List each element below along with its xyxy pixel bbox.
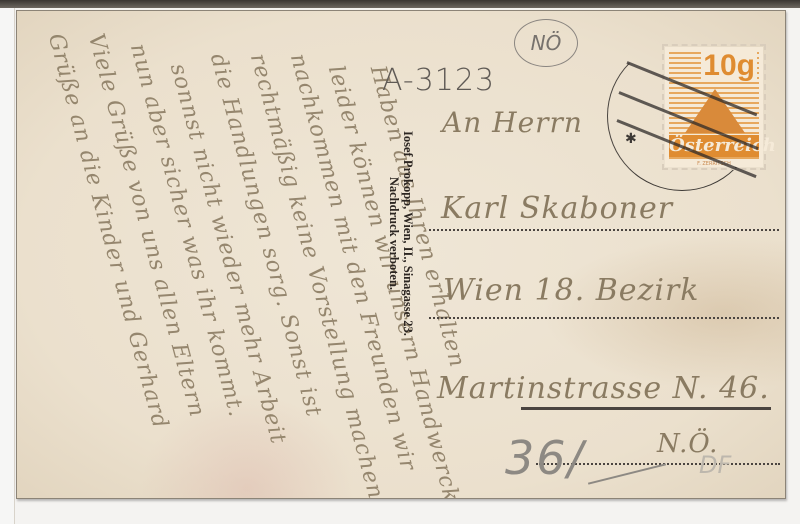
price-value: 36 [505, 431, 568, 485]
address-name: Karl Skaboner [441, 191, 673, 226]
address-street: Martinstrasse N. 46. [437, 371, 770, 406]
publisher-name: Iosef Prokopp, Wien, II., Sinagasse 23. [401, 131, 415, 336]
stamp-engraver: F. ZERRITSCH [665, 161, 763, 167]
initials-note: DF [699, 451, 731, 479]
scanner-left-edge [0, 8, 15, 524]
reference-code: A-3123 [382, 63, 495, 98]
copyright-notice: Nachdruck verboten. [387, 131, 401, 336]
address-salutation: An Herrn [442, 106, 583, 139]
address-city: Wien 18. Bezirk [443, 273, 699, 308]
region-mark: NÖ [514, 19, 578, 67]
address-line-1 [429, 229, 779, 231]
price-note: 36/ [505, 431, 585, 485]
price-suffix: / [568, 431, 586, 485]
postage-stamp: 10g Österreich F. ZERRITSCH [665, 47, 763, 167]
postmark-star-icon: ✱ [625, 131, 637, 147]
publisher-imprint: Iosef Prokopp, Wien, II., Sinagasse 23. … [387, 131, 415, 336]
postcard-back: Haben aus Ihren erhalten leider können w… [16, 10, 786, 499]
stamp-value: 10g [701, 51, 757, 81]
address-line-2 [429, 317, 779, 319]
address-line-3 [521, 407, 771, 410]
scanner-top-edge [0, 0, 800, 8]
